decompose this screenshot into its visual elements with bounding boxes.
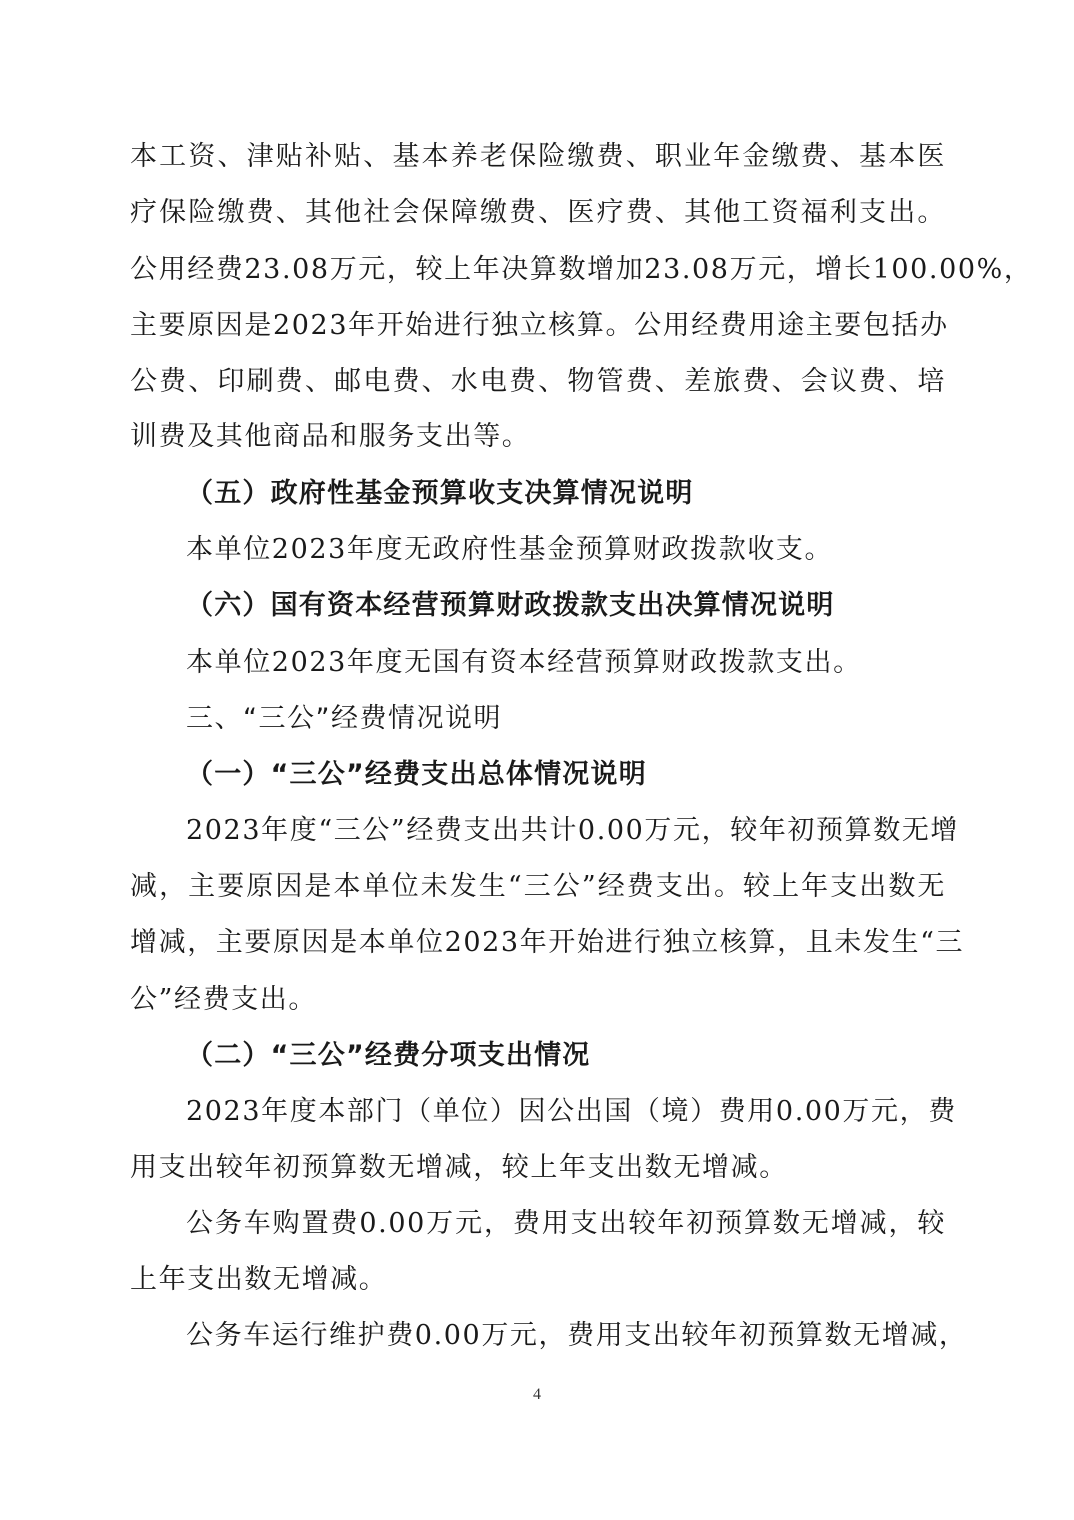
section-heading-1: （一）“三公”经费支出总体情况说明 xyxy=(186,755,946,795)
section-heading-2: （二）“三公”经费分项支出情况 xyxy=(186,1036,946,1076)
paragraph-line: 减，主要原因是本单位未发生“三公”经费支出。较上年支出数无 xyxy=(130,867,946,907)
chapter-heading-3: 三、“三公”经费情况说明 xyxy=(186,699,946,739)
section-heading-5: （五）政府性基金预算收支决算情况说明 xyxy=(186,474,946,514)
paragraph-line: 公”经费支出。 xyxy=(130,980,946,1020)
paragraph-line: 公务车购置费0.00万元，费用支出较年初预算数无增减，较 xyxy=(186,1204,946,1244)
paragraph-line: 用支出较年初预算数无增减，较上年支出数无增减。 xyxy=(130,1148,946,1188)
document-page: 本工资、津贴补贴、基本养老保险缴费、职业年金缴费、基本医 疗保险缴费、其他社会保… xyxy=(0,0,1074,1520)
paragraph-line: 2023年度本部门（单位）因公出国（境）费用0.00万元，费 xyxy=(186,1092,946,1132)
paragraph-line: 公务车运行维护费0.00万元，费用支出较年初预算数无增减， xyxy=(186,1316,946,1356)
paragraph-line: 本单位2023年度无政府性基金预算财政拨款收支。 xyxy=(186,530,946,570)
paragraph-line: 公用经费23.08万元，较上年决算数增加23.08万元，增长100.00%， xyxy=(130,250,946,290)
paragraph-line: 增减，主要原因是本单位2023年开始进行独立核算，且未发生“三 xyxy=(130,923,946,963)
page-number: 4 xyxy=(0,1386,1074,1404)
paragraph-line: 本工资、津贴补贴、基本养老保险缴费、职业年金缴费、基本医 xyxy=(130,137,946,177)
section-heading-6: （六）国有资本经营预算财政拨款支出决算情况说明 xyxy=(186,586,946,626)
paragraph-line: 主要原因是2023年开始进行独立核算。公用经费用途主要包括办 xyxy=(130,306,946,346)
paragraph-line: 2023年度“三公”经费支出共计0.00万元，较年初预算数无增 xyxy=(186,811,946,851)
paragraph-line: 公费、印刷费、邮电费、水电费、物管费、差旅费、会议费、培 xyxy=(130,362,946,402)
paragraph-line: 疗保险缴费、其他社会保障缴费、医疗费、其他工资福利支出。 xyxy=(130,193,946,233)
paragraph-line: 本单位2023年度无国有资本经营预算财政拨款支出。 xyxy=(186,643,946,683)
paragraph-line: 上年支出数无增减。 xyxy=(130,1260,946,1300)
paragraph-line: 训费及其他商品和服务支出等。 xyxy=(130,417,946,457)
